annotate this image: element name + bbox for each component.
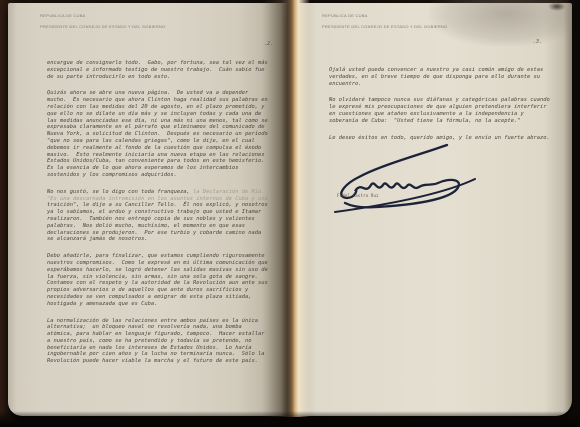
letter-page-3: REPUBLICA DE CUBA PRESIDENTE DEL CONSEJO… xyxy=(289,3,572,416)
paragraph: No olvidaré tampoco nunca sus diáfanas y… xyxy=(329,97,571,124)
scan-blob-artifact xyxy=(548,2,566,11)
letter-body: Ojalá usted pueda convencer a nuestro ya… xyxy=(329,67,571,151)
paragraph: Quizás ahora se abre una nueva página. D… xyxy=(47,90,289,178)
letter-page-2: REPUBLICA DE CUBA PRESIDENTE DEL CONSEJO… xyxy=(8,3,289,416)
scanned-letter-spread: REPUBLICA DE CUBA PRESIDENTE DEL CONSEJO… xyxy=(0,0,580,427)
paragraph: No nos gustó, se lo digo con toda franqu… xyxy=(47,189,289,243)
paragraph-text: traición", le dije a su Canciller Tello.… xyxy=(47,202,268,242)
paragraph: Debo añadirle, para finalizar, que estam… xyxy=(47,253,289,307)
scan-smudge-artifact xyxy=(429,0,569,46)
letterhead-republic-line: REPUBLICA DE CUBA xyxy=(322,13,368,18)
letterhead-republic-line: REPUBLICA DE CUBA xyxy=(40,13,86,18)
page-number: .3. xyxy=(533,39,542,45)
paragraph: La normalización de las relaciones entre… xyxy=(47,318,289,366)
letterhead-president-line: PRESIDENTE DEL CONSEJO DE ESTADO Y DEL G… xyxy=(322,24,447,29)
page-number: .2. xyxy=(264,41,273,47)
handwritten-signature-icon xyxy=(329,141,479,221)
letter-body: encargue de consignarlo todo. Gabo, por … xyxy=(47,60,289,375)
paragraph: encargue de consignarlo todo. Gabo, por … xyxy=(47,60,289,80)
signature-block: Fidel Castro Ruz xyxy=(329,141,479,221)
typed-signature-name: Fidel Castro Ruz xyxy=(337,193,379,198)
paragraph: Ojalá usted pueda convencer a nuestro ya… xyxy=(329,67,571,87)
paragraph-text: No nos gustó, se lo digo con toda franqu… xyxy=(47,189,193,195)
letterhead-president-line: PRESIDENTE DEL CONSEJO DE ESTADO Y DEL G… xyxy=(40,24,165,29)
signature-stroke-main xyxy=(341,145,459,207)
